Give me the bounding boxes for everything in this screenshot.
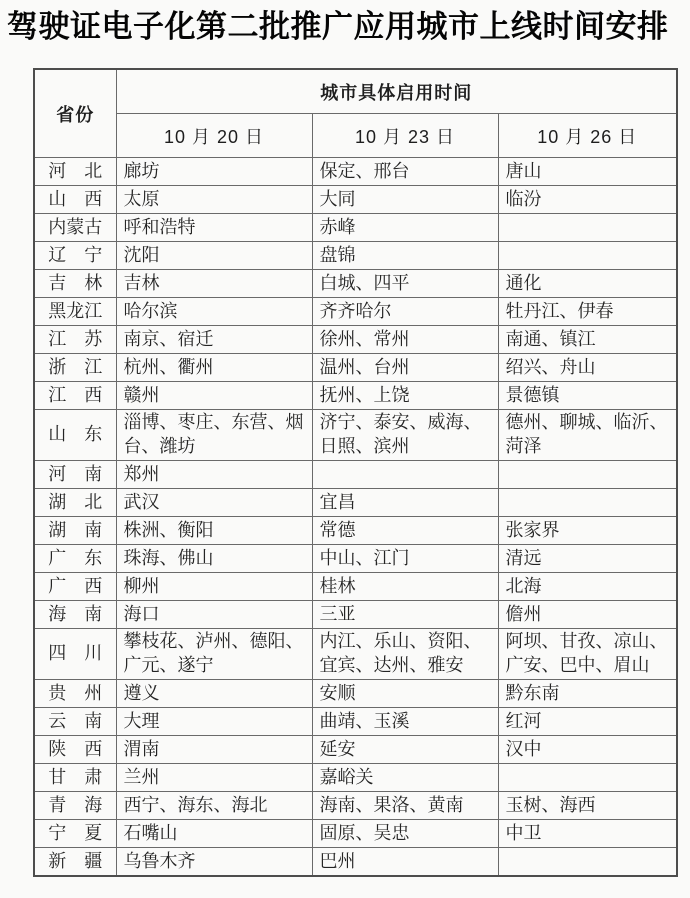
page-title: 驾驶证电子化第二批推广应用城市上线时间安排 — [7, 5, 690, 49]
city-cell-d26 — [498, 489, 677, 517]
city-launch-schedule-table: 省份 城市具体启用时间 10 月 20 日 10 月 23 日 10 月 26 … — [33, 68, 678, 877]
city-cell-d20: 西宁、海东、海北 — [116, 792, 312, 820]
table-row: 云 南大理曲靖、玉溪红河 — [34, 708, 677, 736]
province-cell: 河 北 — [34, 158, 116, 186]
city-cell-d26 — [498, 214, 677, 242]
city-cell-d23: 常德 — [312, 517, 498, 545]
city-cell-d20: 廊坊 — [116, 158, 312, 186]
city-cell-d26: 黔东南 — [498, 680, 677, 708]
city-cell-d20: 南京、宿迁 — [116, 326, 312, 354]
city-cell-d20: 海口 — [116, 601, 312, 629]
city-cell-d26: 唐山 — [498, 158, 677, 186]
city-cell-d26: 绍兴、舟山 — [498, 354, 677, 382]
province-cell: 江 西 — [34, 382, 116, 410]
province-cell: 贵 州 — [34, 680, 116, 708]
city-cell-d23: 白城、四平 — [312, 270, 498, 298]
province-cell: 内蒙古 — [34, 214, 116, 242]
province-column-header: 省份 — [34, 69, 116, 158]
header-row-dates: 10 月 20 日 10 月 23 日 10 月 26 日 — [34, 114, 677, 158]
city-cell-d26: 南通、镇江 — [498, 326, 677, 354]
province-cell: 广 东 — [34, 545, 116, 573]
city-cell-d26: 景德镇 — [498, 382, 677, 410]
city-cell-d23: 齐齐哈尔 — [312, 298, 498, 326]
city-cell-d26 — [498, 461, 677, 489]
province-cell: 宁 夏 — [34, 820, 116, 848]
table-row: 贵 州遵义安顺黔东南 — [34, 680, 677, 708]
province-cell: 湖 北 — [34, 489, 116, 517]
city-cell-d23: 巴州 — [312, 848, 498, 877]
city-cell-d20: 呼和浩特 — [116, 214, 312, 242]
city-cell-d23: 济宁、泰安、威海、日照、滨州 — [312, 410, 498, 461]
table-row: 陕 西渭南延安汉中 — [34, 736, 677, 764]
city-cell-d23: 赤峰 — [312, 214, 498, 242]
table-row: 黑龙江哈尔滨齐齐哈尔牡丹江、伊春 — [34, 298, 677, 326]
province-cell: 青 海 — [34, 792, 116, 820]
table-row: 湖 南株洲、衡阳常德张家界 — [34, 517, 677, 545]
city-cell-d26: 北海 — [498, 573, 677, 601]
province-cell: 甘 肃 — [34, 764, 116, 792]
table-row: 江 苏南京、宿迁徐州、常州南通、镇江 — [34, 326, 677, 354]
table-row: 河 南郑州 — [34, 461, 677, 489]
city-cell-d26: 中卫 — [498, 820, 677, 848]
city-cell-d20: 株洲、衡阳 — [116, 517, 312, 545]
table-row: 青 海西宁、海东、海北海南、果洛、黄南玉树、海西 — [34, 792, 677, 820]
table-row: 山 东淄博、枣庄、东营、烟台、潍坊济宁、泰安、威海、日照、滨州德州、聊城、临沂、… — [34, 410, 677, 461]
city-cell-d20: 大理 — [116, 708, 312, 736]
province-cell: 四 川 — [34, 629, 116, 680]
city-cell-d20: 太原 — [116, 186, 312, 214]
table-row: 浙 江杭州、衢州温州、台州绍兴、舟山 — [34, 354, 677, 382]
city-cell-d26: 汉中 — [498, 736, 677, 764]
table-row: 甘 肃兰州嘉峪关 — [34, 764, 677, 792]
city-cell-d26: 阿坝、甘孜、凉山、广安、巴中、眉山 — [498, 629, 677, 680]
table-row: 内蒙古呼和浩特赤峰 — [34, 214, 677, 242]
city-cell-d20: 乌鲁木齐 — [116, 848, 312, 877]
date-header-oct23: 10 月 23 日 — [312, 114, 498, 158]
city-cell-d26: 红河 — [498, 708, 677, 736]
province-cell: 江 苏 — [34, 326, 116, 354]
province-cell: 山 东 — [34, 410, 116, 461]
city-cell-d20: 淄博、枣庄、东营、烟台、潍坊 — [116, 410, 312, 461]
city-cell-d20: 杭州、衢州 — [116, 354, 312, 382]
city-cell-d20: 渭南 — [116, 736, 312, 764]
city-cell-d20: 珠海、佛山 — [116, 545, 312, 573]
province-cell: 陕 西 — [34, 736, 116, 764]
city-cell-d23: 海南、果洛、黄南 — [312, 792, 498, 820]
launch-time-group-header: 城市具体启用时间 — [116, 69, 677, 114]
city-cell-d26 — [498, 242, 677, 270]
table-row: 广 东珠海、佛山中山、江门清远 — [34, 545, 677, 573]
province-cell: 新 疆 — [34, 848, 116, 877]
province-cell: 海 南 — [34, 601, 116, 629]
province-cell: 山 西 — [34, 186, 116, 214]
city-cell-d20: 石嘴山 — [116, 820, 312, 848]
table-row: 海 南海口三亚儋州 — [34, 601, 677, 629]
province-cell: 云 南 — [34, 708, 116, 736]
city-cell-d23: 安顺 — [312, 680, 498, 708]
city-cell-d23: 曲靖、玉溪 — [312, 708, 498, 736]
city-cell-d23: 盘锦 — [312, 242, 498, 270]
city-cell-d23: 桂林 — [312, 573, 498, 601]
city-cell-d23: 延安 — [312, 736, 498, 764]
table-row: 山 西太原大同临汾 — [34, 186, 677, 214]
province-cell: 黑龙江 — [34, 298, 116, 326]
city-cell-d26: 张家界 — [498, 517, 677, 545]
city-cell-d20: 哈尔滨 — [116, 298, 312, 326]
city-cell-d20: 赣州 — [116, 382, 312, 410]
province-cell: 河 南 — [34, 461, 116, 489]
city-cell-d26: 临汾 — [498, 186, 677, 214]
city-cell-d23: 徐州、常州 — [312, 326, 498, 354]
city-cell-d23: 固原、吴忠 — [312, 820, 498, 848]
city-cell-d23: 中山、江门 — [312, 545, 498, 573]
city-cell-d20: 遵义 — [116, 680, 312, 708]
province-cell: 吉 林 — [34, 270, 116, 298]
province-cell: 辽 宁 — [34, 242, 116, 270]
province-cell: 湖 南 — [34, 517, 116, 545]
table-row: 四 川攀枝花、泸州、德阳、广元、遂宁内江、乐山、资阳、宜宾、达州、雅安阿坝、甘孜… — [34, 629, 677, 680]
city-cell-d26: 玉树、海西 — [498, 792, 677, 820]
city-cell-d23 — [312, 461, 498, 489]
table-row: 广 西柳州桂林北海 — [34, 573, 677, 601]
table-body: 河 北廊坊保定、邢台唐山山 西太原大同临汾内蒙古呼和浩特赤峰辽 宁沈阳盘锦吉 林… — [34, 158, 677, 877]
table-row: 新 疆乌鲁木齐巴州 — [34, 848, 677, 877]
date-header-oct26: 10 月 26 日 — [498, 114, 677, 158]
province-cell: 浙 江 — [34, 354, 116, 382]
city-cell-d23: 内江、乐山、资阳、宜宾、达州、雅安 — [312, 629, 498, 680]
city-cell-d23: 大同 — [312, 186, 498, 214]
table-row: 河 北廊坊保定、邢台唐山 — [34, 158, 677, 186]
city-cell-d26: 清远 — [498, 545, 677, 573]
city-cell-d26: 德州、聊城、临沂、菏泽 — [498, 410, 677, 461]
header-row-group: 省份 城市具体启用时间 — [34, 69, 677, 114]
city-cell-d23: 抚州、上饶 — [312, 382, 498, 410]
city-cell-d23: 宜昌 — [312, 489, 498, 517]
table-row: 宁 夏石嘴山固原、吴忠中卫 — [34, 820, 677, 848]
city-cell-d26: 牡丹江、伊春 — [498, 298, 677, 326]
city-cell-d26: 儋州 — [498, 601, 677, 629]
city-cell-d23: 保定、邢台 — [312, 158, 498, 186]
city-cell-d20: 兰州 — [116, 764, 312, 792]
table-row: 江 西赣州抚州、上饶景德镇 — [34, 382, 677, 410]
table-row: 辽 宁沈阳盘锦 — [34, 242, 677, 270]
table-row: 湖 北武汉宜昌 — [34, 489, 677, 517]
city-cell-d23: 三亚 — [312, 601, 498, 629]
city-cell-d23: 嘉峪关 — [312, 764, 498, 792]
city-cell-d20: 武汉 — [116, 489, 312, 517]
city-cell-d26 — [498, 848, 677, 877]
table-row: 吉 林吉林白城、四平通化 — [34, 270, 677, 298]
city-cell-d20: 柳州 — [116, 573, 312, 601]
city-cell-d23: 温州、台州 — [312, 354, 498, 382]
city-cell-d20: 沈阳 — [116, 242, 312, 270]
city-cell-d20: 攀枝花、泸州、德阳、广元、遂宁 — [116, 629, 312, 680]
province-cell: 广 西 — [34, 573, 116, 601]
date-header-oct20: 10 月 20 日 — [116, 114, 312, 158]
city-cell-d26: 通化 — [498, 270, 677, 298]
city-cell-d20: 吉林 — [116, 270, 312, 298]
city-cell-d20: 郑州 — [116, 461, 312, 489]
city-cell-d26 — [498, 764, 677, 792]
